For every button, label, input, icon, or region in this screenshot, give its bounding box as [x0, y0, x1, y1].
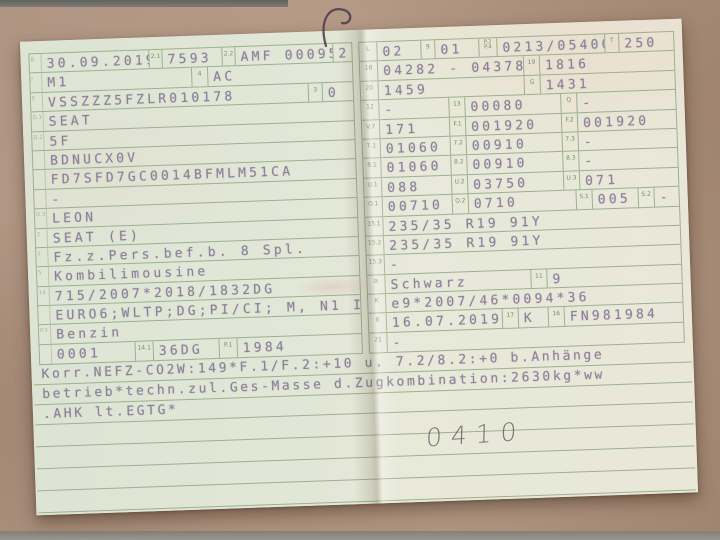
field-label — [38, 306, 51, 325]
field-value: 0001 — [52, 342, 137, 364]
field-value: 001920 — [578, 109, 677, 131]
field-label: 2.1 — [149, 50, 163, 69]
document-pages: B30.09.20192.175932.2AMF 000952JM14ACEVS… — [20, 19, 693, 366]
field-value: 01060 — [381, 156, 452, 177]
field-label: V.7 — [362, 120, 381, 139]
field-value: - — [578, 129, 677, 151]
field-value: 001920 — [466, 113, 563, 135]
field-label: U.3 — [564, 171, 581, 190]
field-label — [34, 190, 47, 209]
field-label: U.2 — [452, 175, 469, 194]
field-value: 071 — [580, 168, 679, 190]
field-label: 3 — [309, 83, 324, 102]
field-label — [33, 170, 46, 189]
field-label: U.1 — [364, 178, 383, 197]
right-page-table: L02901P.2 P.40213/05400T2501804282 - 043… — [358, 31, 685, 354]
field-label: 5 — [37, 267, 50, 286]
field-label: 21 — [369, 333, 388, 353]
field-label: D.1 — [31, 112, 44, 131]
field-label: 17 — [503, 309, 520, 328]
field-value: 088 — [382, 175, 453, 196]
field-label: 9 — [421, 40, 436, 59]
field-label: S.1 — [576, 190, 593, 209]
field-value: 7593 — [162, 48, 223, 68]
field-value: - — [654, 187, 679, 206]
field-value: 005 — [592, 188, 639, 208]
field-label: F.1 — [450, 117, 467, 136]
photo-background: B30.09.20192.175932.2AMF 000952JM14ACEVS… — [0, 0, 720, 540]
field-label: P.1 — [219, 338, 238, 358]
field-label: 15.1 — [365, 217, 384, 236]
field-value: 171 — [380, 117, 451, 138]
registration-document: B30.09.20192.175932.2AMF 000952JM14ACEVS… — [20, 19, 698, 516]
field-value: 0 — [323, 82, 354, 101]
field-label: R — [367, 275, 386, 294]
table-edge-top — [0, 0, 288, 7]
field-label: 2.2 — [222, 47, 236, 66]
field-label: T — [605, 34, 620, 53]
field-value: 250 — [619, 32, 674, 52]
field-value: 01060 — [381, 137, 452, 158]
field-label: 13 — [449, 97, 466, 116]
field-label: F.2 — [562, 113, 579, 132]
field-label: 15.2 — [366, 236, 385, 255]
field-value: 0213/05400 — [497, 34, 606, 56]
field-value: - — [579, 148, 678, 170]
field-label: P.2 P.4 — [479, 38, 498, 57]
field-label: 7.1 — [363, 139, 382, 158]
field-label: 8.3 — [563, 152, 580, 171]
field-label — [40, 345, 53, 365]
field-label: 16 — [549, 307, 566, 326]
field-label: Q — [561, 93, 578, 112]
field-label: 7.2 — [451, 136, 468, 155]
field-label: 1 — [36, 248, 49, 267]
field-value: - — [379, 98, 450, 119]
field-value: 00080 — [465, 94, 562, 116]
field-value: K — [519, 308, 550, 327]
field-label: S.2 — [638, 188, 655, 207]
left-page-table: B30.09.20192.175932.2AMF 000952JM14ACEVS… — [28, 42, 363, 365]
field-value: 1984 — [237, 334, 362, 358]
field-label: D.2 — [32, 131, 45, 150]
field-value: 36DG — [153, 339, 220, 361]
field-label: G — [524, 75, 541, 94]
field-label: 19 — [524, 56, 541, 75]
field-value: 30.09.2019 — [41, 50, 150, 72]
field-label: 18 — [360, 62, 379, 81]
field-label: 14 — [37, 287, 50, 306]
field-label: O.2 — [453, 194, 470, 213]
field-label: 8.2 — [451, 156, 468, 175]
field-label: 11 — [531, 269, 548, 288]
field-label: 14.1 — [135, 341, 154, 361]
field-value: 00910 — [467, 152, 564, 174]
field-value: 00910 — [466, 133, 563, 155]
field-label: P.3 — [39, 325, 52, 344]
field-label: B — [29, 54, 42, 73]
field-label: D.3 — [35, 209, 48, 228]
field-label: 7.3 — [562, 132, 579, 151]
field-label: E — [31, 93, 44, 112]
field-value: 02 — [377, 41, 422, 61]
field-label: 15.3 — [367, 255, 386, 274]
field-value: 0710 — [469, 190, 578, 212]
field-value: 03750 — [468, 172, 565, 194]
binding-thread — [316, 2, 364, 48]
field-value: 00710 — [383, 195, 454, 216]
field-value: - — [577, 90, 676, 112]
field-label: 6 — [369, 314, 388, 333]
field-label: 12 — [361, 100, 380, 119]
field-label: O.1 — [365, 197, 384, 216]
field-label — [33, 151, 46, 170]
field-label: K — [368, 294, 387, 313]
field-label: 8.1 — [363, 159, 382, 178]
field-label: 2 — [35, 228, 48, 247]
field-label: 4 — [192, 68, 209, 87]
field-label: J — [30, 73, 43, 92]
table-edge-bottom — [0, 531, 720, 540]
field-label: 20 — [361, 81, 380, 100]
field-value: 01 — [435, 39, 480, 59]
